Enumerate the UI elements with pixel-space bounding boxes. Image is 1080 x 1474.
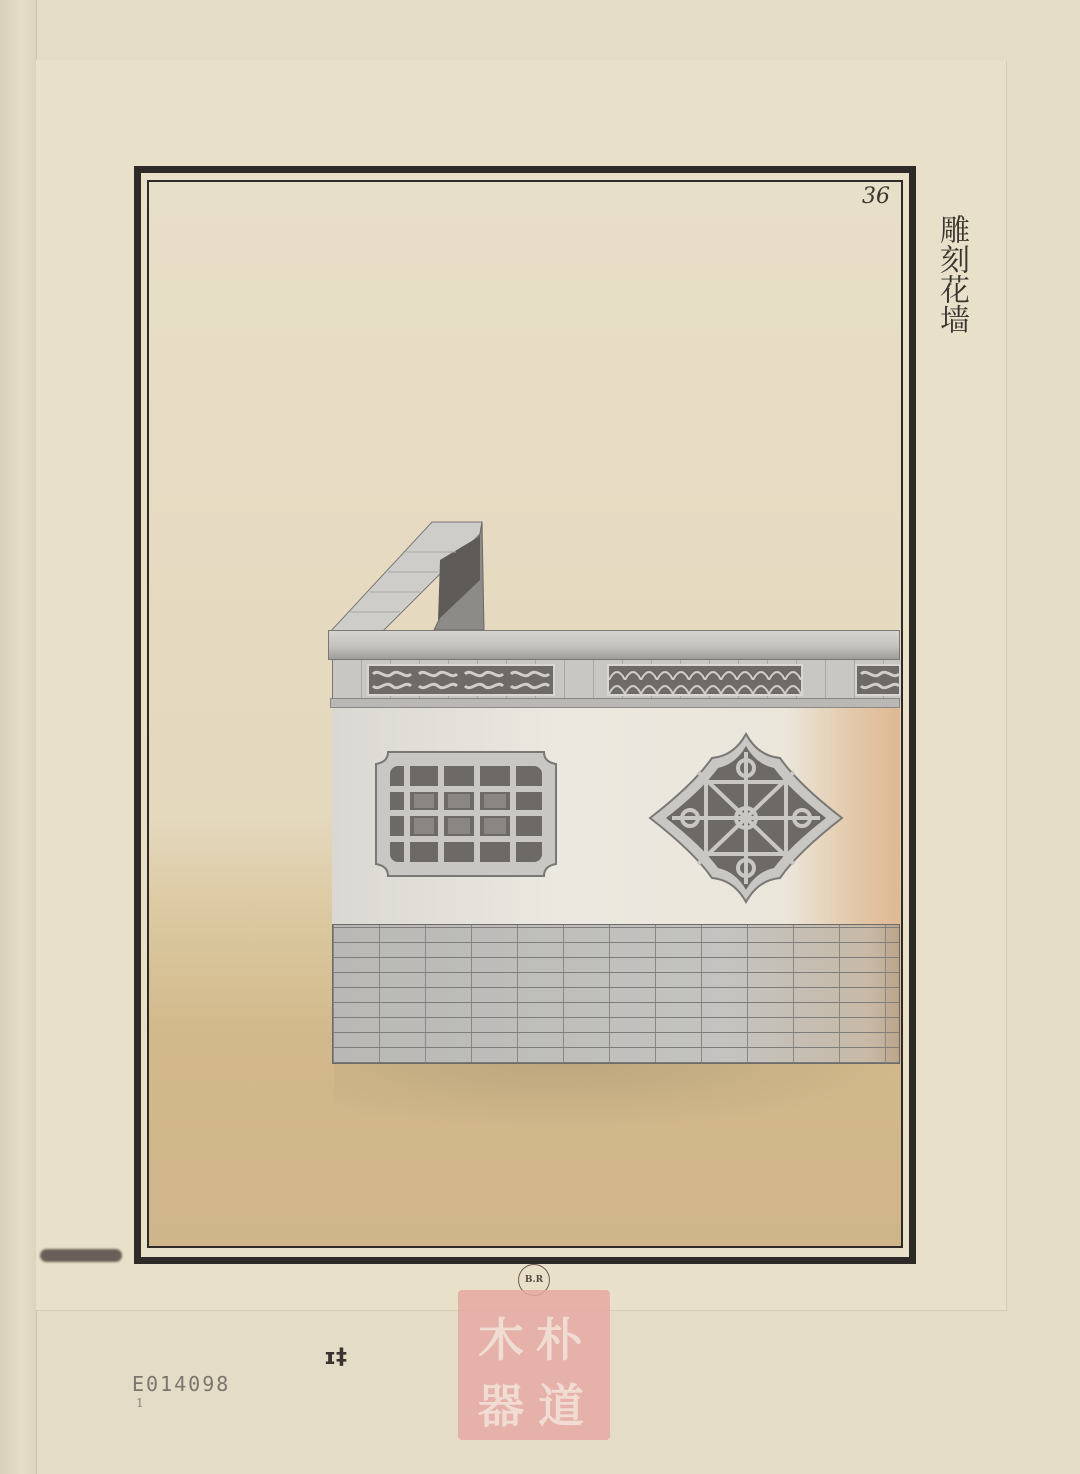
seal-char-2: 道 [538, 1370, 584, 1436]
bone-pattern-icon [369, 666, 553, 694]
inventory-number: E014098 [132, 1372, 230, 1396]
ink-smudge [40, 1249, 122, 1262]
ink-mark: ɪ‡ [324, 1345, 347, 1370]
frieze-panel-bone-pattern [367, 664, 555, 696]
rectangular-lattice-window [374, 750, 558, 878]
seal-char-3: 木 [478, 1304, 524, 1370]
frieze-base-band [330, 698, 900, 708]
openwork-frieze [332, 660, 901, 700]
wall-coping [328, 630, 900, 660]
quatrefoil-lattice-window [648, 732, 844, 904]
frieze-panel-bone-pattern-partial [855, 664, 901, 696]
wall-shadow [334, 1060, 904, 1130]
seal-char-1: 朴 [536, 1304, 582, 1370]
watermark-seal: 朴 道 木 器 [458, 1290, 610, 1440]
brick-base-course [332, 924, 900, 1064]
page-number: 36 [862, 184, 890, 209]
plate-caption: 雕刻花墙 [930, 214, 970, 334]
inventory-subnumber: 1 [136, 1396, 144, 1410]
frieze-panel-scale-pattern [607, 664, 803, 696]
seal-char-4: 器 [478, 1370, 524, 1436]
book-gutter [0, 0, 37, 1474]
fish-scale-pattern-icon [609, 666, 801, 694]
corner-return-wall [330, 520, 490, 644]
